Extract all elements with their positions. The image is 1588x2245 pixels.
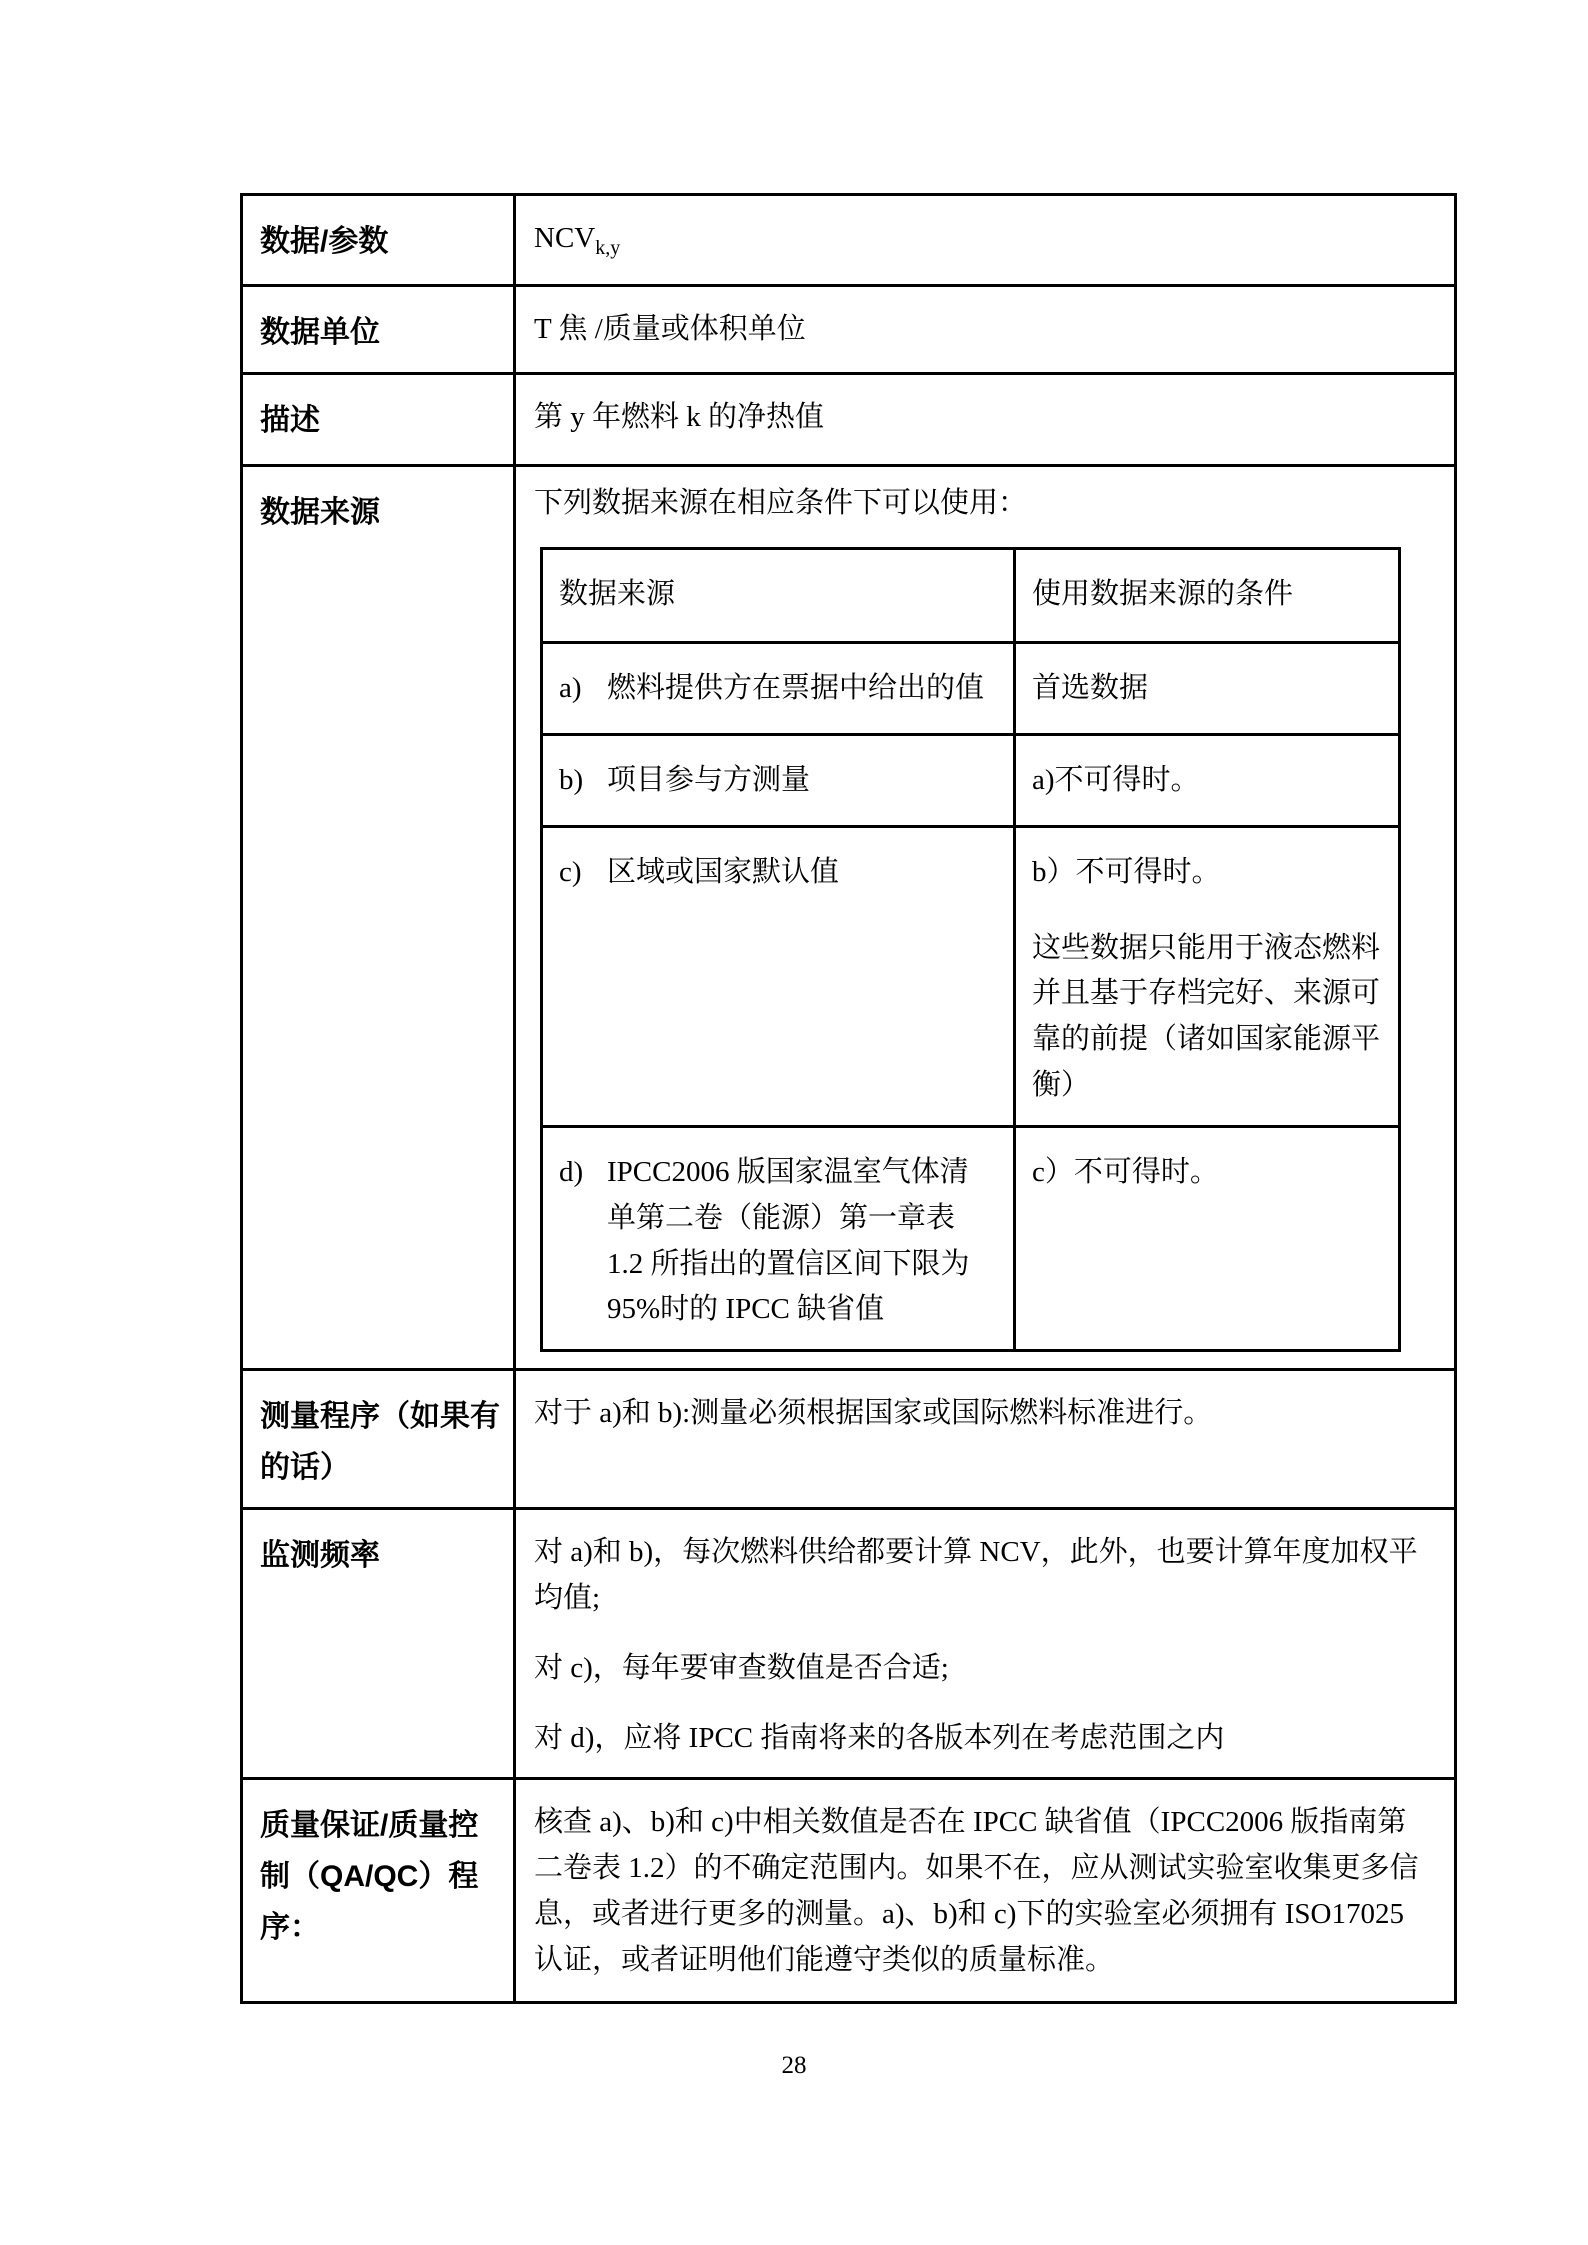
- list-marker-b: b): [559, 758, 607, 804]
- list-marker-c: c): [559, 850, 607, 896]
- table-row-qa-qc: 质量保证/质量控制（QA/QC）程序： 核查 a)、b)和 c)中相关数值是否在…: [243, 1777, 1454, 2001]
- source-text-b: 项目参与方测量: [607, 758, 995, 804]
- table-row-unit: 数据单位 T 焦 /质量或体积单位: [243, 284, 1454, 372]
- source-text-c: 区域或国家默认值: [607, 850, 995, 896]
- condition-text: b）不可得时。: [1032, 850, 1380, 896]
- condition-text: a)不可得时。: [1032, 758, 1380, 804]
- row-value-parameter: NCVk,y: [516, 196, 1454, 284]
- row-label-monitoring-frequency: 监测频率: [243, 1510, 516, 1777]
- inner-table-row-c: c) 区域或国家默认值 b）不可得时。 这些数据只能用于液态燃料并且基于存档完好…: [543, 825, 1398, 1125]
- inner-source-cell-b: b) 项目参与方测量: [543, 736, 1016, 825]
- frequency-paragraph: 对 d)，应将 IPCC 指南将来的各版本列在考虑范围之内: [534, 1716, 1430, 1762]
- row-label-measurement-procedure: 测量程序（如果有的话）: [243, 1371, 516, 1507]
- document-page: 数据/参数 NCVk,y 数据单位 T 焦 /质量或体积单位 描述 第 y 年燃…: [0, 0, 1588, 2245]
- row-value-monitoring-frequency: 对 a)和 b)，每次燃料供给都要计算 NCV，此外，也要计算年度加权平均值; …: [516, 1510, 1454, 1777]
- row-value-data-source: 下列数据来源在相应条件下可以使用： 数据来源 使用数据来源的条件 a) 燃料提供…: [516, 467, 1454, 1368]
- frequency-paragraph: 对 c)，每年要审查数值是否合适;: [534, 1646, 1430, 1692]
- inner-header-condition: 使用数据来源的条件: [1016, 550, 1398, 641]
- inner-condition-cell-b: a)不可得时。: [1016, 736, 1398, 825]
- source-text-d: IPCC2006 版国家温室气体清单第二卷（能源）第一章表 1.2 所指出的置信…: [607, 1150, 995, 1333]
- table-row-description: 描述 第 y 年燃料 k 的净热值: [243, 372, 1454, 464]
- parameter-symbol: NCV: [534, 222, 595, 254]
- page-number: 28: [0, 2052, 1588, 2080]
- inner-table-header-row: 数据来源 使用数据来源的条件: [543, 550, 1398, 641]
- table-row-parameter: 数据/参数 NCVk,y: [243, 196, 1454, 284]
- table-row-measurement-procedure: 测量程序（如果有的话） 对于 a)和 b):测量必须根据国家或国际燃料标准进行。: [243, 1368, 1454, 1507]
- inner-condition-cell-a: 首选数据: [1016, 644, 1398, 733]
- parameter-table: 数据/参数 NCVk,y 数据单位 T 焦 /质量或体积单位 描述 第 y 年燃…: [240, 193, 1457, 2004]
- list-marker-a: a): [559, 666, 607, 712]
- inner-table-row-b: b) 项目参与方测量 a)不可得时。: [543, 733, 1398, 825]
- table-row-monitoring-frequency: 监测频率 对 a)和 b)，每次燃料供给都要计算 NCV，此外，也要计算年度加权…: [243, 1507, 1454, 1777]
- row-label-parameter: 数据/参数: [243, 196, 516, 284]
- row-value-qa-qc: 核查 a)、b)和 c)中相关数值是否在 IPCC 缺省值（IPCC2006 版…: [516, 1780, 1454, 2001]
- row-label-description: 描述: [243, 375, 516, 464]
- inner-source-cell-a: a) 燃料提供方在票据中给出的值: [543, 644, 1016, 733]
- inner-source-cell-c: c) 区域或国家默认值: [543, 828, 1016, 1125]
- row-label-data-source: 数据来源: [243, 467, 516, 1368]
- data-source-intro: 下列数据来源在相应条件下可以使用：: [534, 481, 1430, 527]
- row-value-measurement-procedure: 对于 a)和 b):测量必须根据国家或国际燃料标准进行。: [516, 1371, 1454, 1507]
- row-value-description: 第 y 年燃料 k 的净热值: [516, 375, 1454, 464]
- inner-table-row-d: d) IPCC2006 版国家温室气体清单第二卷（能源）第一章表 1.2 所指出…: [543, 1125, 1398, 1349]
- inner-source-cell-d: d) IPCC2006 版国家温室气体清单第二卷（能源）第一章表 1.2 所指出…: [543, 1128, 1016, 1349]
- table-row-data-source: 数据来源 下列数据来源在相应条件下可以使用： 数据来源 使用数据来源的条件 a)…: [243, 464, 1454, 1368]
- inner-condition-cell-c: b）不可得时。 这些数据只能用于液态燃料并且基于存档完好、来源可靠的前提（诸如国…: [1016, 828, 1398, 1125]
- condition-note: 这些数据只能用于液态燃料并且基于存档完好、来源可靠的前提（诸如国家能源平衡）: [1032, 926, 1380, 1109]
- parameter-subscript: k,y: [595, 237, 620, 259]
- condition-text: 首选数据: [1032, 666, 1380, 712]
- data-source-conditions-table: 数据来源 使用数据来源的条件 a) 燃料提供方在票据中给出的值 首选数据: [540, 547, 1401, 1352]
- inner-condition-cell-d: c）不可得时。: [1016, 1128, 1398, 1349]
- row-value-unit: T 焦 /质量或体积单位: [516, 287, 1454, 372]
- row-label-qa-qc: 质量保证/质量控制（QA/QC）程序：: [243, 1780, 516, 2001]
- condition-text: c）不可得时。: [1032, 1150, 1380, 1196]
- inner-table-row-a: a) 燃料提供方在票据中给出的值 首选数据: [543, 641, 1398, 733]
- source-text-a: 燃料提供方在票据中给出的值: [607, 666, 995, 712]
- frequency-paragraph: 对 a)和 b)，每次燃料供给都要计算 NCV，此外，也要计算年度加权平均值;: [534, 1530, 1430, 1622]
- inner-header-source: 数据来源: [543, 550, 1016, 641]
- row-label-unit: 数据单位: [243, 287, 516, 372]
- list-marker-d: d): [559, 1150, 607, 1333]
